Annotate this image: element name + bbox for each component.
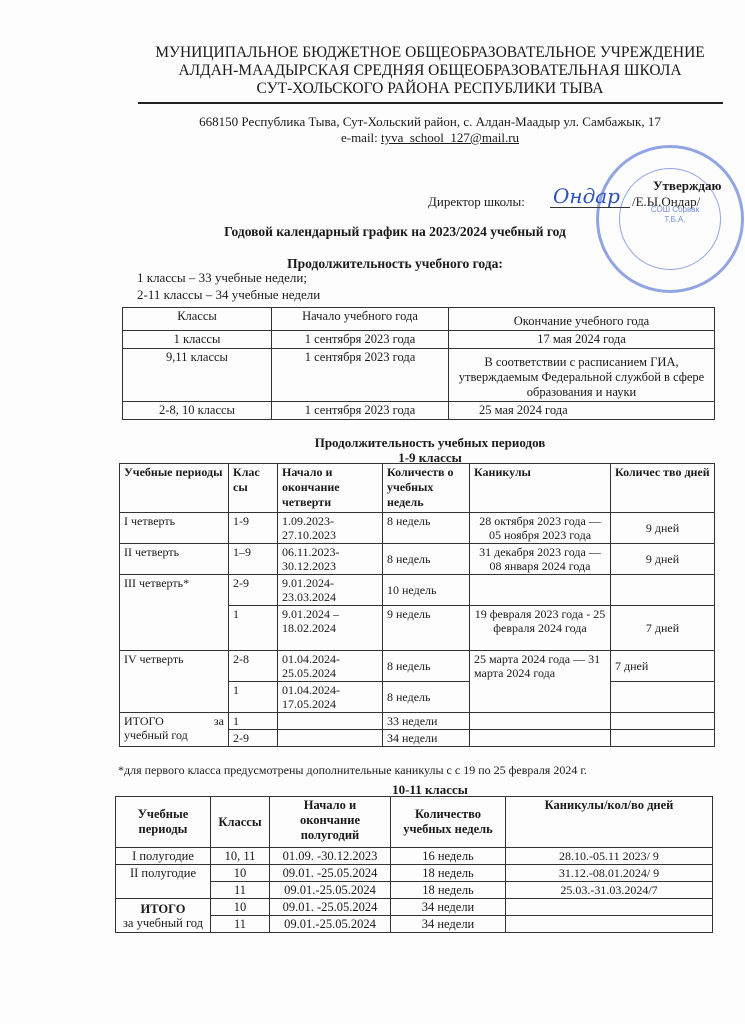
duration-item: 2-11 классы – 34 учебные недели <box>137 286 320 303</box>
periods-title: Продолжительность учебных периодов 1-9 к… <box>130 435 730 465</box>
header-cell: Количеств о учебных недель <box>383 464 470 513</box>
dates-cell: 9.01.2024 – 18.02.2024 <box>278 606 383 651</box>
director-label: Директор школы: <box>428 194 525 210</box>
holidays-cell <box>470 730 611 747</box>
table-cell: 9,11 классы <box>123 349 272 402</box>
classes-cell: 11 <box>211 916 270 933</box>
period-cell: I четверть <box>120 513 229 544</box>
signature-line <box>550 207 630 208</box>
header-cell: Учебные периоды <box>120 464 229 513</box>
weeks-cell: 18 недель <box>391 882 506 899</box>
periods-heading: Продолжительность учебных периодов <box>130 435 730 450</box>
holidays-cell: 25.03.-31.03.2024/7 <box>506 882 713 899</box>
weeks-cell: 8 недель <box>383 651 470 682</box>
table-cell: 2-8, 10 классы <box>123 402 272 420</box>
weeks-cell: 18 недель <box>391 865 506 882</box>
weeks-cell: 8 недель <box>383 544 470 575</box>
periods-table-10-11: Учебные периоды Классы Начало и окончани… <box>115 796 713 933</box>
classes-cell: 1 <box>229 682 278 713</box>
table-cell: 1 сентября 2023 года <box>272 349 449 402</box>
period-cell: ИТОГО за учебный год <box>120 713 229 747</box>
classes-cell: 2-8 <box>229 651 278 682</box>
table-row: 1 классы 1 сентября 2023 года 17 мая 202… <box>123 331 715 349</box>
days-cell: 7 дней <box>611 651 715 682</box>
days-cell <box>611 713 715 730</box>
header-cell: Клас сы <box>229 464 278 513</box>
table-header-row: Учебные периоды Классы Начало и окончани… <box>116 797 713 848</box>
dates-cell <box>278 713 383 730</box>
classes-cell: 10 <box>211 899 270 916</box>
holidays-cell: 31.12.-08.01.2024/ 9 <box>506 865 713 882</box>
table-row: 9,11 классы 1 сентября 2023 года В соотв… <box>123 349 715 402</box>
header-cell: Количество учебных недель <box>391 797 506 848</box>
table-row: I четверть 1-9 1.09.2023-27.10.2023 8 не… <box>120 513 715 544</box>
period-cell: I полугодие <box>116 848 211 865</box>
dates-cell: 09.01. -25.05.2024 <box>270 899 391 916</box>
holidays-cell <box>506 916 713 933</box>
table-header-row: Классы Начало учебного года Окончание уч… <box>123 308 715 331</box>
days-cell: 9 дней <box>611 544 715 575</box>
dates-cell: 1.09.2023-27.10.2023 <box>278 513 383 544</box>
footnote: *для первого класса предусмотрены дополн… <box>118 763 587 778</box>
approve-label: Утверждаю <box>653 178 721 194</box>
days-cell: 9 дней <box>611 513 715 544</box>
holidays-cell: 28.10.-05.11 2023/ 9 <box>506 848 713 865</box>
duration-item: 1 классы – 33 учебные недели; <box>137 269 320 286</box>
weeks-cell: 9 недель <box>383 606 470 651</box>
weeks-cell: 33 недели <box>383 713 470 730</box>
dates-cell: 06.11.2023-30.12.2023 <box>278 544 383 575</box>
days-cell <box>611 575 715 606</box>
period-cell: ИТОГО за учебный год <box>116 899 211 933</box>
period-cell: III четверть* <box>120 575 229 651</box>
email-link[interactable]: tyva_school_127@mail.ru <box>381 130 519 145</box>
table-cell: В соответствии с расписанием ГИА, утверж… <box>449 349 715 402</box>
days-cell <box>611 682 715 713</box>
weeks-cell: 34 недели <box>391 916 506 933</box>
organization-header: МУНИЦИПАЛЬНОЕ БЮДЖЕТНОЕ ОБЩЕОБРАЗОВАТЕЛЬ… <box>130 44 730 98</box>
table-row: III четверть* 2-9 9.01.2024-23.03.2024 1… <box>120 575 715 606</box>
classes-cell: 10 <box>211 865 270 882</box>
table-cell: 1 сентября 2023 года <box>272 331 449 349</box>
weeks-cell: 16 недель <box>391 848 506 865</box>
classes-cell: 2-9 <box>229 730 278 747</box>
org-line-2: АЛДАН-МААДЫРСКАЯ СРЕДНЯЯ ОБЩЕОБРАЗОВАТЕЛ… <box>130 62 730 80</box>
table-row: ИТОГО за учебный год 10 09.01. -25.05.20… <box>116 899 713 916</box>
table-cell: 17 мая 2024 года <box>449 331 715 349</box>
table-row: 2-8, 10 классы 1 сентября 2023 года 25 м… <box>123 402 715 420</box>
weeks-cell: 8 недель <box>383 682 470 713</box>
holidays-cell: 28 октября 2023 года — 05 ноября 2023 го… <box>470 513 611 544</box>
header-cell: Каникулы/кол/во дней <box>506 797 713 848</box>
header-divider <box>138 102 723 104</box>
email-label: e-mail: <box>341 130 381 145</box>
header-cell: Начало и окончание полугодий <box>270 797 391 848</box>
holidays-cell <box>506 899 713 916</box>
table-row: IV четверть 2-8 01.04.2024-25.05.2024 8 … <box>120 651 715 682</box>
classes-cell: 1 <box>229 606 278 651</box>
dates-cell: 01.09. -30.12.2023 <box>270 848 391 865</box>
header-cell: Начало и окончание четверти <box>278 464 383 513</box>
periods-table-1-9: Учебные периоды Клас сы Начало и окончан… <box>119 463 715 747</box>
weeks-cell: 10 недель <box>383 575 470 606</box>
weeks-cell: 8 недель <box>383 513 470 544</box>
director-name: /Е.Ы.Ондар/ <box>632 194 700 210</box>
header-cell: Учебные периоды <box>116 797 211 848</box>
org-line-3: СУТ-ХОЛЬСКОГО РАЙОНА РЕСПУБЛИКИ ТЫВА <box>130 80 730 98</box>
table-row: I полугодие 10, 11 01.09. -30.12.2023 16… <box>116 848 713 865</box>
table-row: II четверть 1–9 06.11.2023-30.12.2023 8 … <box>120 544 715 575</box>
days-cell: 7 дней <box>611 606 715 651</box>
dates-cell <box>278 730 383 747</box>
header-cell: Классы <box>211 797 270 848</box>
table-header-row: Учебные периоды Клас сы Начало и окончан… <box>120 464 715 513</box>
school-address: 668150 Республика Тыва, Сут-Хольский рай… <box>130 113 730 130</box>
document-title: Годовой календарный график на 2023/2024 … <box>130 224 660 240</box>
header-cell: Каникулы <box>470 464 611 513</box>
period-cell: IV четверть <box>120 651 229 713</box>
dates-cell: 01.04.2024-25.05.2024 <box>278 651 383 682</box>
header-cell: Классы <box>123 308 272 331</box>
holidays-cell: 19 февраля 2023 года - 25 февраля 2024 г… <box>470 606 611 651</box>
header-cell: Количес тво дней <box>611 464 715 513</box>
holidays-cell: 25 марта 2024 года — 31 марта 2024 года <box>470 651 611 713</box>
holidays-cell: 31 декабря 2023 года — 08 января 2024 го… <box>470 544 611 575</box>
classes-cell: 1–9 <box>229 544 278 575</box>
period-cell: II четверть <box>120 544 229 575</box>
period-cell: II полугодие <box>116 865 211 899</box>
duration-list: 1 классы – 33 учебные недели; 2-11 класс… <box>137 269 320 303</box>
total-label: ИТОГО <box>120 902 206 916</box>
holidays-cell <box>470 713 611 730</box>
dates-cell: 01.04.2024-17.05.2024 <box>278 682 383 713</box>
classes-cell: 10, 11 <box>211 848 270 865</box>
school-email: e-mail: tyva_school_127@mail.ru <box>130 130 730 146</box>
classes-cell: 2-9 <box>229 575 278 606</box>
total-sublabel: за учебный год <box>120 916 206 930</box>
table-cell: 1 сентября 2023 года <box>272 402 449 420</box>
table-row: II полугодие 10 09.01. -25.05.2024 18 не… <box>116 865 713 882</box>
header-cell: Окончание учебного года <box>449 308 715 331</box>
classes-cell: 11 <box>211 882 270 899</box>
dates-cell: 09.01.-25.05.2024 <box>270 916 391 933</box>
director-signature: Ондар <box>553 184 620 208</box>
days-cell <box>611 730 715 747</box>
table-cell: 25 мая 2024 года <box>449 402 715 420</box>
table-row: ИТОГО за учебный год 1 33 недели <box>120 713 715 730</box>
holidays-cell <box>470 575 611 606</box>
classes-cell: 1-9 <box>229 513 278 544</box>
dates-cell: 9.01.2024-23.03.2024 <box>278 575 383 606</box>
org-line-1: МУНИЦИПАЛЬНОЕ БЮДЖЕТНОЕ ОБЩЕОБРАЗОВАТЕЛЬ… <box>130 44 730 62</box>
dates-cell: 09.01.-25.05.2024 <box>270 882 391 899</box>
weeks-cell: 34 недели <box>383 730 470 747</box>
table-cell: 1 классы <box>123 331 272 349</box>
dates-cell: 09.01. -25.05.2024 <box>270 865 391 882</box>
weeks-cell: 34 недели <box>391 899 506 916</box>
school-year-table: Классы Начало учебного года Окончание уч… <box>122 307 715 420</box>
classes-cell: 1 <box>229 713 278 730</box>
header-cell: Начало учебного года <box>272 308 449 331</box>
